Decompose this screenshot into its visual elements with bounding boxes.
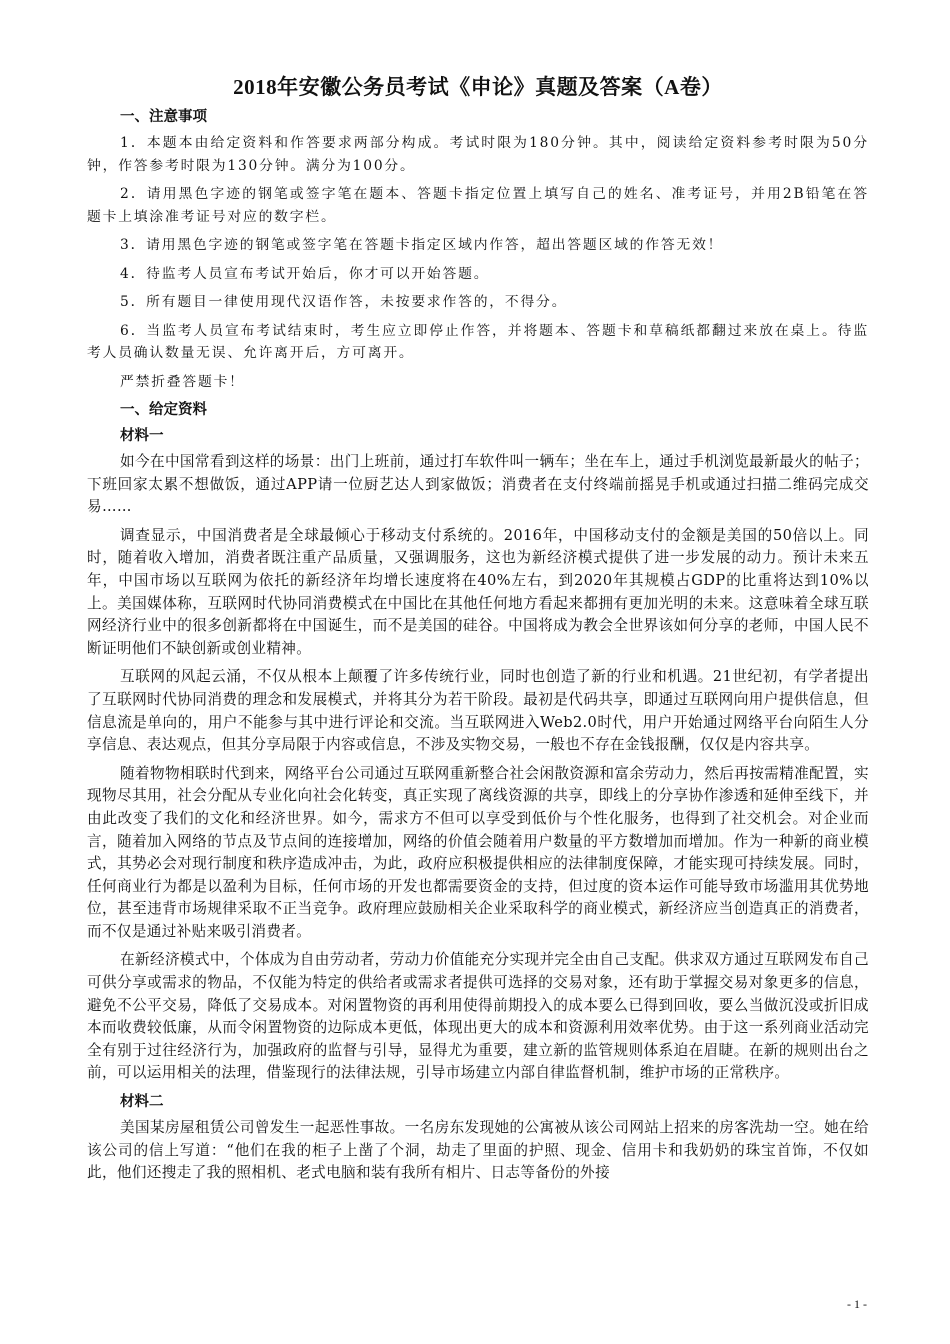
- note-item: 4．待监考人员宣布考试开始后，你才可以开始答题。: [87, 263, 869, 286]
- material-1-paragraph: 如今在中国常看到这样的场景：出门上班前，通过打车软件叫一辆车；坐在车上，通过手机…: [87, 451, 869, 519]
- material-2-paragraph: 美国某房屋租赁公司曾发生一起恶性事故。一名房东发现她的公寓被从该公司网站上招来的…: [87, 1117, 869, 1185]
- document-title: 2018年安徽公务员考试《申论》真题及答案（A卷）: [87, 72, 869, 102]
- material-1-paragraph: 互联网的风起云涌，不仅从根本上颠覆了许多传统行业，同时也创造了新的行业和机遇。2…: [87, 666, 869, 756]
- section-heading-materials: 一、给定资料: [87, 399, 869, 421]
- material-1-paragraph: 调查显示，中国消费者是全球最倾心于移动支付系统的。2016年，中国移动支付的金额…: [87, 525, 869, 661]
- material-1-heading: 材料一: [87, 425, 869, 447]
- note-item: 1．本题本由给定资料和作答要求两部分构成。考试时限为180分钟。其中，阅读给定资…: [87, 132, 869, 177]
- section-heading-notes: 一、注意事项: [87, 106, 869, 128]
- material-1-paragraph: 随着物物相联时代到来，网络平台公司通过互联网重新整合社会闲散资源和富余劳动力，然…: [87, 763, 869, 944]
- note-item: 6．当监考人员宣布考试结束时，考生应立即停止作答，并将题本、答题卡和草稿纸都翻过…: [87, 320, 869, 365]
- note-item: 5．所有题目一律使用现代汉语作答，未按要求作答的，不得分。: [87, 291, 869, 314]
- document-page: 2018年安徽公务员考试《申论》真题及答案（A卷） 一、注意事项 1．本题本由给…: [87, 72, 869, 1191]
- note-warning: 严禁折叠答题卡！: [87, 371, 869, 394]
- note-item: 3．请用黑色字迹的钢笔或签字笔在答题卡指定区域内作答，超出答题区域的作答无效！: [87, 234, 869, 257]
- page-number: - 1 -: [847, 1297, 867, 1312]
- note-item: 2．请用黑色字迹的钢笔或签字笔在题本、答题卡指定位置上填写自己的姓名、准考证号，…: [87, 183, 869, 228]
- material-2-heading: 材料二: [87, 1091, 869, 1113]
- material-1-paragraph: 在新经济模式中，个体成为自由劳动者，劳动力价值能充分实现并完全由自己支配。供求双…: [87, 949, 869, 1085]
